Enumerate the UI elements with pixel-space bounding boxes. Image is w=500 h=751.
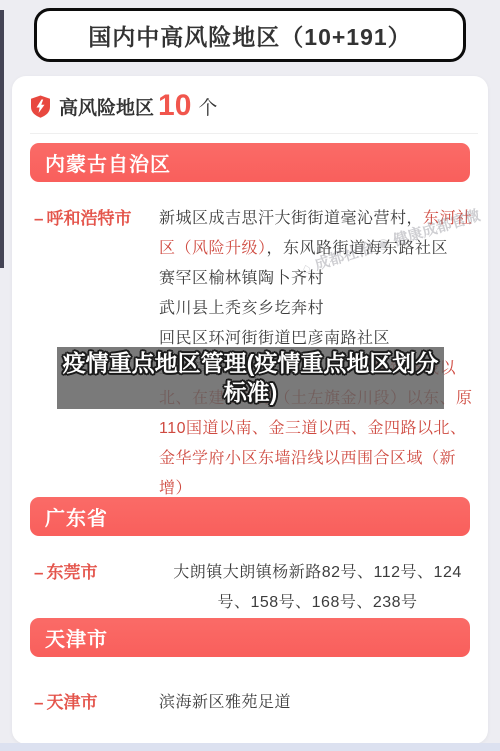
divider (30, 133, 478, 134)
dash-bullet: – (34, 563, 43, 582)
province-name: 天津市 (30, 623, 108, 652)
province-banner: 天津市 (30, 618, 470, 657)
page-header: 国内中高风险地区（10+191） (34, 8, 466, 62)
address-segment: 大朗镇大朗镇杨新路82号、112号、124号、158号、168号、238号 (173, 564, 462, 611)
address-segment: 武川县上秃亥乡圪奔村 (159, 300, 324, 317)
address-paragraph: 武川县上秃亥乡圪奔村 (159, 294, 476, 324)
risk-area-card: 高风险地区 10 个 内蒙古自治区–呼和浩特市新城区成吉思汗大街街道毫沁营村，东… (12, 76, 488, 744)
page-title: 国内中高风险地区（10+191） (88, 19, 411, 52)
address-paragraph: 大朗镇大朗镇杨新路82号、112号、124号、158号、168号、238号 (159, 558, 476, 618)
city-label: –天津市 (30, 688, 159, 718)
summary-unit: 个 (198, 93, 217, 120)
city-label: –东莞市 (30, 558, 159, 588)
bottom-edge-strip (0, 743, 500, 751)
summary-label: 高风险地区 (59, 93, 154, 120)
summary-count: 10 (158, 91, 191, 121)
address-segment: 滨海新区雅苑足道 (159, 694, 291, 711)
city-row: –东莞市大朗镇大朗镇杨新路82号、112号、124号、158号、168号、238… (30, 558, 476, 618)
city-label: –呼和浩特市 (30, 204, 159, 234)
province-banner: 内蒙古自治区 (30, 143, 470, 182)
video-edge-strip (0, 10, 4, 268)
dash-bullet: – (34, 209, 43, 228)
city-name: 呼和浩特市 (46, 209, 131, 228)
address-content: 大朗镇大朗镇杨新路82号、112号、124号、158号、168号、238号 (159, 558, 476, 618)
shield-bolt-icon (30, 95, 51, 118)
address-segment: 新城区成吉思汗大街街道毫沁营村， (159, 210, 423, 227)
address-paragraph: 新城区成吉思汗大街街道毫沁营村，东河社区（风险升级），东风路街道海东路社区 (159, 204, 476, 264)
address-segment: 赛罕区榆林镇陶卜齐村 (159, 270, 324, 287)
city-row: –天津市滨海新区雅苑足道 (30, 688, 476, 718)
city-name: 东莞市 (46, 563, 97, 582)
video-caption-overlay: 疫情重点地区管理(疫情重点地区划分 标准) (57, 347, 444, 409)
caption-line: 标准) (224, 378, 278, 407)
address-segment: ，东风路街道海东路社区 (267, 240, 449, 257)
address-content: 滨海新区雅苑足道 (159, 688, 476, 718)
dash-bullet: – (34, 693, 43, 712)
province-name: 广东省 (30, 502, 108, 531)
province-banner: 广东省 (30, 497, 470, 536)
high-risk-summary: 高风险地区 10 个 (30, 90, 217, 122)
address-segment: 回民区环河街街道巴彦南路社区 (159, 330, 390, 347)
address-paragraph: 赛罕区榆林镇陶卜齐村 (159, 264, 476, 294)
city-name: 天津市 (46, 693, 97, 712)
address-paragraph: 滨海新区雅苑足道 (159, 688, 476, 718)
province-name: 内蒙古自治区 (30, 148, 171, 177)
caption-line: 疫情重点地区管理(疫情重点地区划分 (63, 349, 439, 378)
